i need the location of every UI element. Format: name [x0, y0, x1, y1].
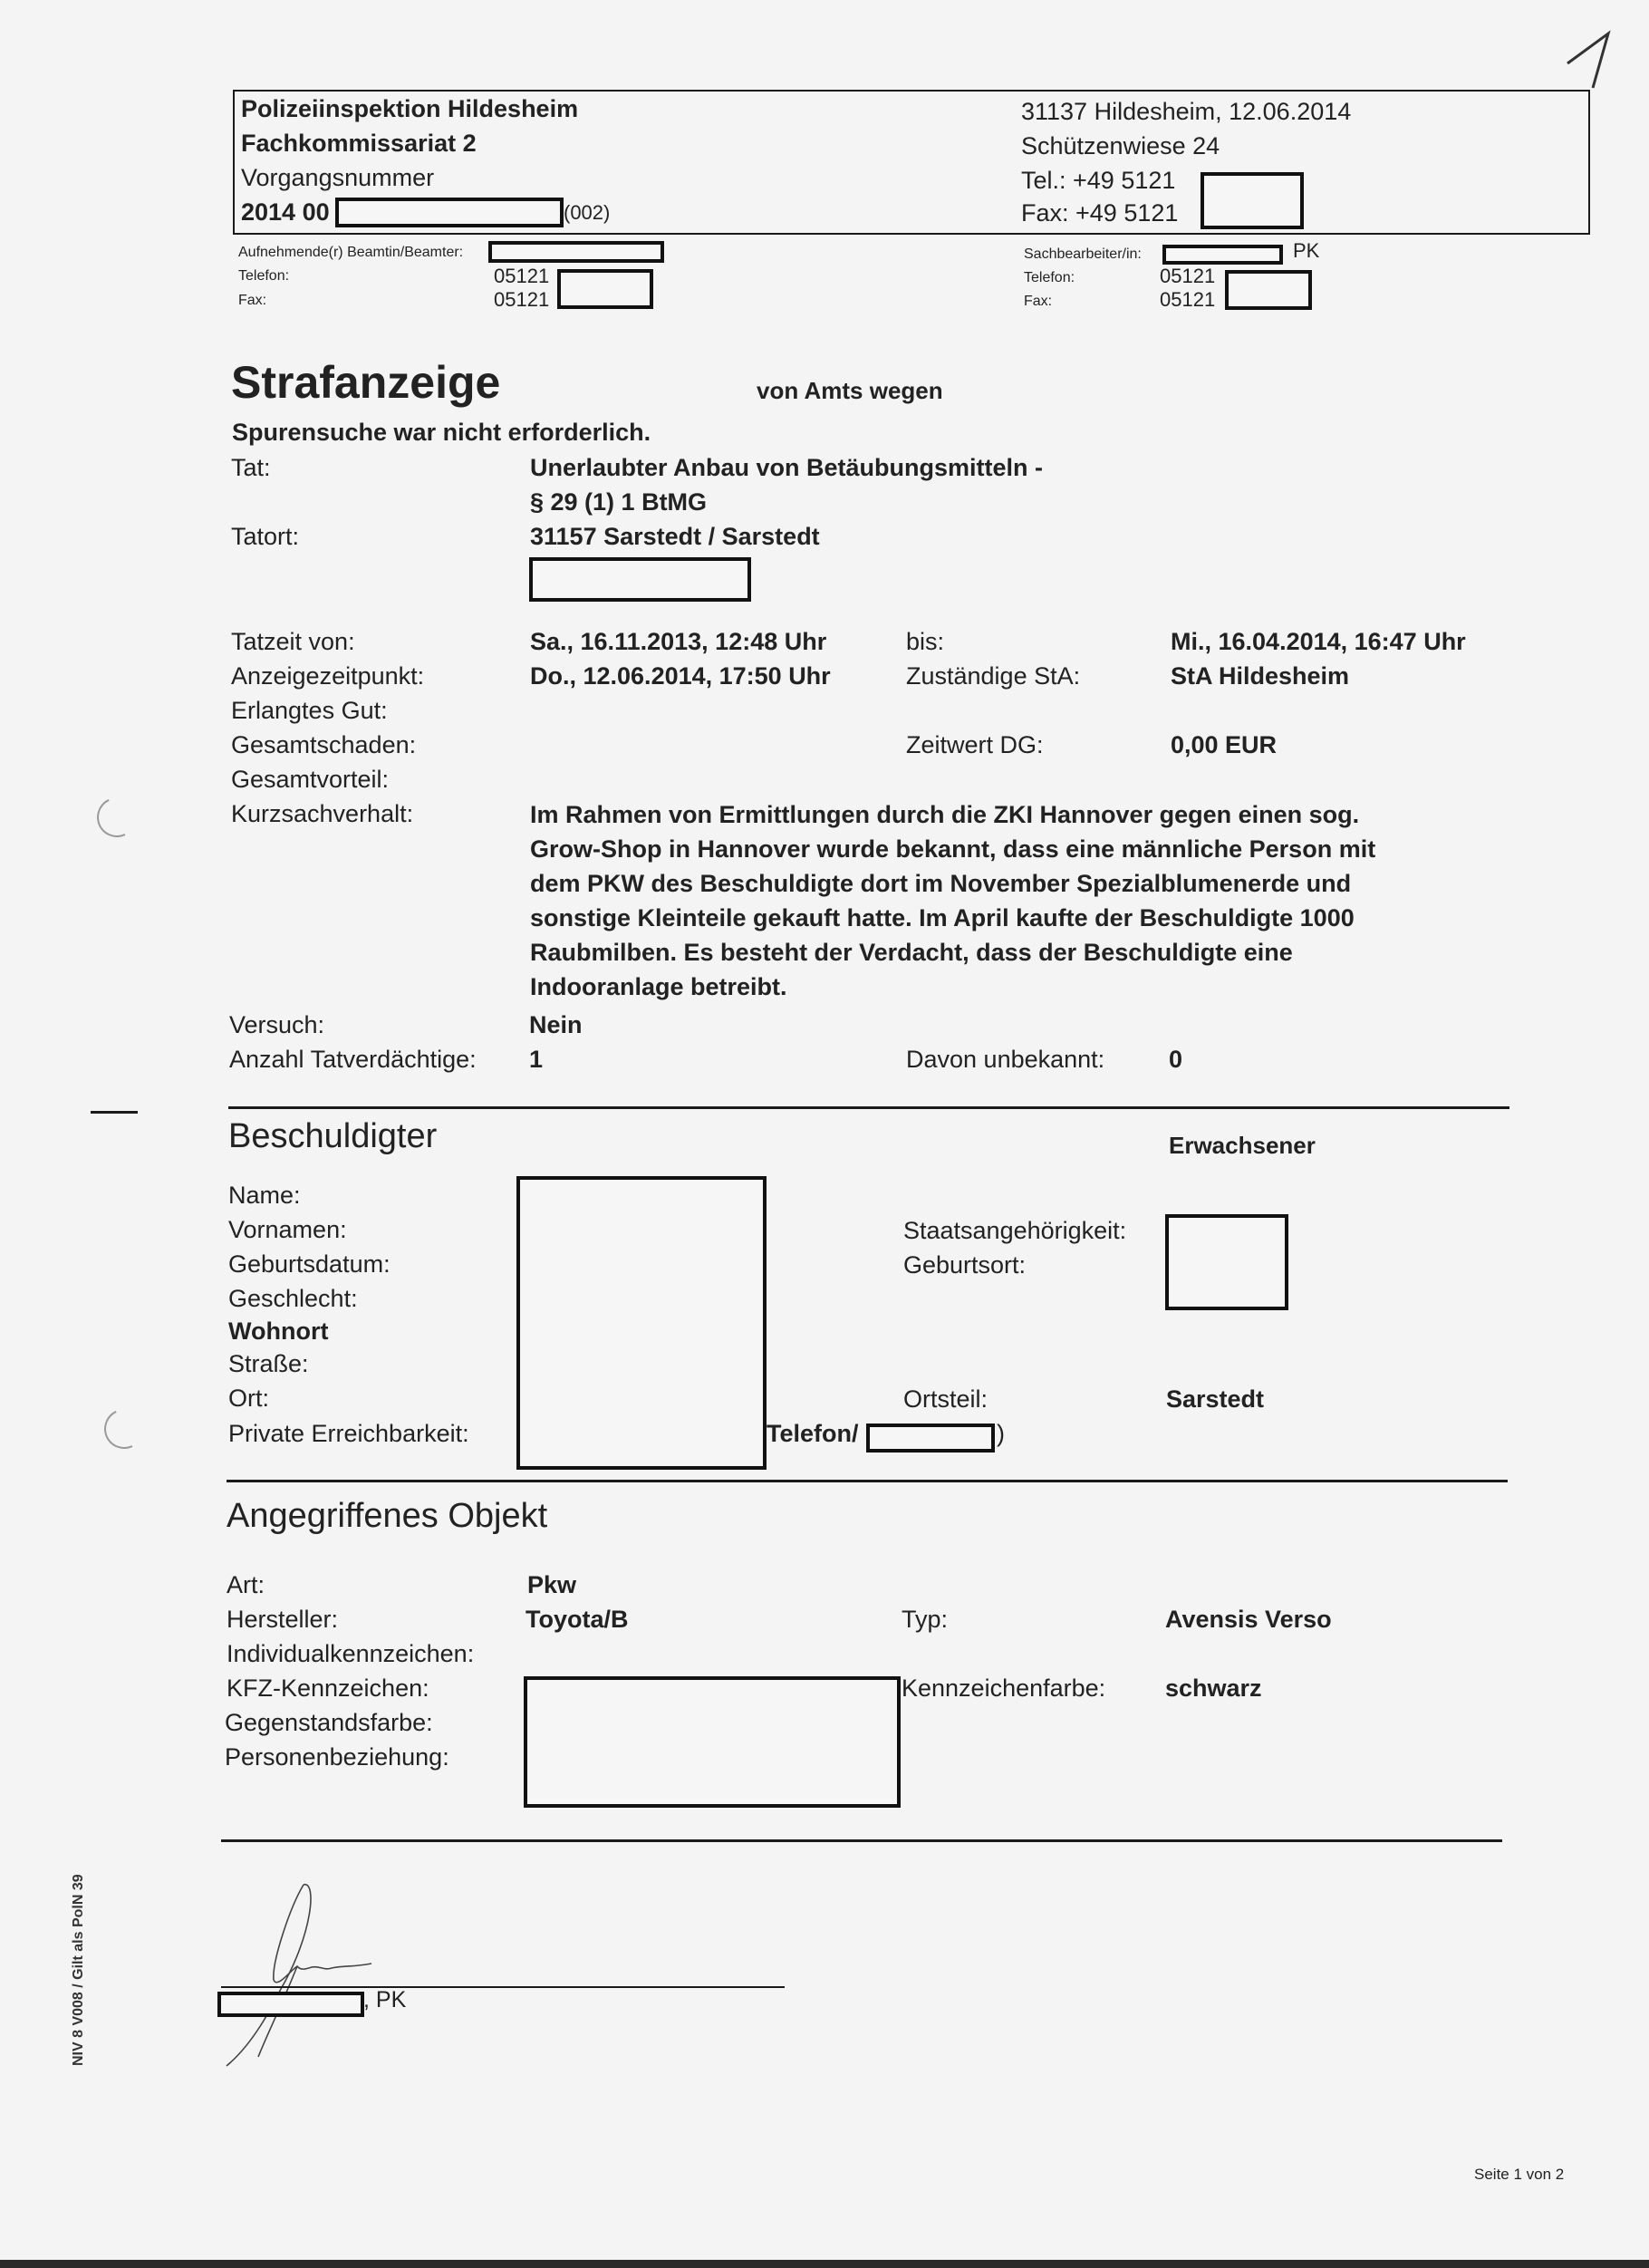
summary-line: sonstige Kleinteile gekauft hatte. Im Ap…: [530, 901, 1355, 935]
person-relation-label: Personenbeziehung:: [225, 1740, 449, 1774]
name-label: Name:: [228, 1178, 301, 1212]
summary-line: Im Rahmen von Ermittlungen durch die ZKI…: [530, 797, 1359, 832]
page-count: Seite 1 von 2: [1474, 2166, 1564, 2184]
city-label: Ort:: [228, 1381, 269, 1415]
birth-date-label: Geburtsdatum:: [228, 1247, 391, 1281]
offense-value-line2: § 29 (1) 1 BtMG: [530, 485, 707, 519]
object-color-label: Gegenstandsfarbe:: [225, 1705, 433, 1740]
street-label: Straße:: [228, 1346, 309, 1381]
offense-label: Tat:: [231, 450, 271, 485]
case-number-label: Vorgangsnummer: [241, 160, 434, 195]
phone-area-right: 05121: [1160, 265, 1215, 288]
district-label: Ortsteil:: [903, 1382, 988, 1416]
case-number-prefix: 2014 00: [241, 195, 330, 229]
attempt-value: Nein: [529, 1008, 583, 1042]
nationality-label: Staatsangehörigkeit:: [903, 1213, 1126, 1248]
department-name: Fachkommissariat 2: [241, 126, 477, 160]
plate-color-value: schwarz: [1165, 1671, 1262, 1705]
type-of-object-label: Art:: [227, 1568, 265, 1602]
trace-search-note: Spurensuche war nicht erforderlich.: [232, 419, 651, 447]
first-names-label: Vornamen:: [228, 1212, 347, 1247]
section-divider: [221, 1839, 1502, 1842]
time-from-value: Sa., 16.11.2013, 12:48 Uhr: [530, 624, 826, 659]
current-value-value: 0,00 EUR: [1171, 728, 1277, 762]
margin-fold-mark: [91, 1111, 138, 1114]
phone-label-right: Telefon:: [1024, 266, 1075, 290]
redacted-case-number: [335, 198, 564, 227]
unknown-count-value: 0: [1169, 1042, 1182, 1076]
individual-plate-label: Individualkennzeichen:: [227, 1636, 474, 1671]
suspects-count-value: 1: [529, 1042, 543, 1076]
recording-officer-label: Aufnehmende(r) Beamtin/Beamter:: [238, 241, 463, 265]
private-contact-label: Private Erreichbarkeit:: [228, 1416, 469, 1451]
case-officer-rank: PK: [1293, 239, 1319, 263]
prosecutor-label: Zuständige StA:: [906, 659, 1080, 693]
header-phone: Tel.: +49 5121: [1021, 163, 1175, 198]
case-officer-label: Sachbearbeiter/in:: [1024, 243, 1142, 266]
manufacturer-value: Toyota/B: [526, 1602, 629, 1636]
document-title: Strafanzeige: [231, 356, 500, 409]
model-value: Avensis Verso: [1165, 1602, 1332, 1636]
current-value-label: Zeitwert DG:: [906, 728, 1044, 762]
phone-contact-label: Telefon/: [767, 1416, 859, 1451]
total-advantage-label: Gesamtvorteil:: [231, 762, 389, 796]
document-subtitle: von Amts wegen: [757, 377, 943, 405]
phone-area-left: 05121: [494, 265, 549, 288]
punch-hole-mark: [92, 792, 142, 843]
manufacturer-label: Hersteller:: [227, 1602, 338, 1636]
accused-section-title: Beschuldigter: [228, 1117, 437, 1156]
agency-name: Polizeiinspektion Hildesheim: [241, 92, 578, 126]
summary-line: Raubmilben. Es besteht der Verdacht, das…: [530, 935, 1293, 970]
phone-label-left: Telefon:: [238, 265, 289, 288]
type-of-object-value: Pkw: [527, 1568, 576, 1602]
summary-line: Grow-Shop in Hannover wurde bekannt, das…: [530, 832, 1375, 866]
redacted-signatory-name: [217, 1992, 364, 2017]
gender-label: Geschlecht:: [228, 1281, 358, 1316]
signatory-rank: , PK: [363, 1987, 406, 2013]
attempt-label: Versuch:: [229, 1008, 324, 1042]
handwritten-page-number-icon: [1558, 23, 1631, 95]
time-from-label: Tatzeit von:: [231, 624, 355, 659]
signature-line: [221, 1986, 785, 1988]
obtained-goods-label: Erlangtes Gut:: [231, 693, 388, 728]
birth-place-label: Geburtsort:: [903, 1248, 1026, 1282]
summary-line: dem PKW des Beschuldigte dort im Novembe…: [530, 866, 1351, 901]
redacted-accused-phone: [866, 1424, 995, 1452]
model-label: Typ:: [902, 1602, 948, 1636]
prosecutor-value: StA Hildesheim: [1171, 659, 1349, 693]
residence-heading: Wohnort: [228, 1314, 328, 1348]
case-number-suffix: (002): [564, 201, 610, 225]
city-date: 31137 Hildesheim, 12.06.2014: [1021, 94, 1351, 129]
fax-label-left: Fax:: [238, 289, 266, 313]
crime-scene-label: Tatort:: [231, 519, 299, 554]
redacted-nationality-birthplace: [1165, 1214, 1288, 1310]
redacted-header-phone: [1201, 172, 1304, 229]
redacted-phone-fax-left: [557, 269, 653, 309]
summary-line: Indooranlage betreibt.: [530, 970, 787, 1004]
report-time-value: Do., 12.06.2014, 17:50 Uhr: [530, 659, 831, 693]
fax-area-right: 05121: [1160, 288, 1215, 312]
district-value: Sarstedt: [1166, 1382, 1264, 1416]
header-fax: Fax: +49 5121: [1021, 196, 1178, 230]
signature-icon: [217, 1880, 489, 2070]
unknown-count-label: Davon unbekannt:: [906, 1042, 1104, 1076]
redacted-phone-fax-right: [1225, 270, 1312, 310]
fax-label-right: Fax:: [1024, 290, 1052, 314]
accused-category: Erwachsener: [1169, 1128, 1316, 1163]
form-code: NIV 8 V008 / Gilt als PolN 39: [71, 1874, 87, 2066]
time-to-value: Mi., 16.04.2014, 16:47 Uhr: [1171, 624, 1466, 659]
total-damage-label: Gesamtschaden:: [231, 728, 416, 762]
object-section-title: Angegriffenes Objekt: [227, 1497, 547, 1536]
plate-color-label: Kennzeichenfarbe:: [902, 1671, 1105, 1705]
suspects-count-label: Anzahl Tatverdächtige:: [229, 1042, 477, 1076]
section-divider: [228, 1106, 1509, 1109]
crime-scene-value: 31157 Sarstedt / Sarstedt: [530, 519, 820, 554]
report-time-label: Anzeigezeitpunkt:: [231, 659, 424, 693]
scan-edge: [0, 2260, 1649, 2268]
fax-area-left: 05121: [494, 288, 549, 312]
license-plate-label: KFZ-Kennzeichen:: [227, 1671, 429, 1705]
phone-close-paren: ): [997, 1416, 1005, 1451]
redacted-accused-personal-data: [516, 1176, 767, 1470]
street-address: Schützenwiese 24: [1021, 129, 1220, 163]
punch-hole-mark: [99, 1404, 149, 1454]
summary-label: Kurzsachverhalt:: [231, 796, 413, 831]
redacted-license-plate: [524, 1676, 901, 1808]
section-divider: [227, 1480, 1508, 1482]
offense-value-line1: Unerlaubter Anbau von Betäubungsmitteln …: [530, 450, 1043, 485]
time-to-label: bis:: [906, 624, 944, 659]
redacted-case-officer: [1162, 245, 1283, 265]
redacted-crime-scene-address: [529, 557, 751, 602]
redacted-recording-officer: [488, 241, 664, 263]
